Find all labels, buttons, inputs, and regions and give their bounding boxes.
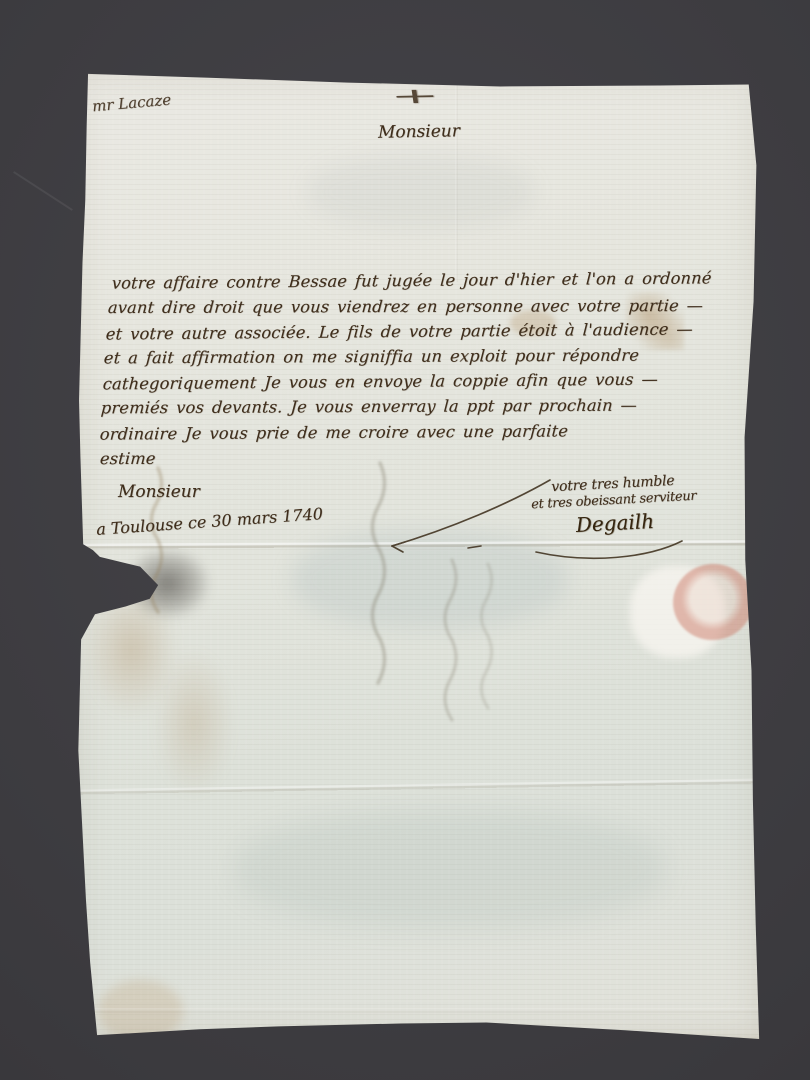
fold-crease bbox=[70, 1008, 764, 1015]
place-date-line: a Toulouse ce 30 mars 1740 bbox=[96, 504, 324, 539]
salutation: Monsieur bbox=[378, 121, 460, 142]
soot-stain bbox=[110, 536, 225, 631]
recipient-annotation: mr Lacaze bbox=[91, 91, 171, 116]
body-line: avant dire droit que vous viendrez en pe… bbox=[107, 296, 704, 317]
body-line: estime bbox=[99, 449, 156, 468]
body-line: et a fait affirmation on me signiffia un… bbox=[103, 346, 639, 368]
fold-crease-vertical bbox=[455, 70, 458, 282]
body-line: premiés vos devants. Je vous enverray la… bbox=[100, 396, 637, 418]
fold-crease bbox=[70, 540, 764, 551]
verso-bleedthrough-marks bbox=[70, 68, 764, 1040]
body-line: votre affaire contre Bessae fut jugée le… bbox=[111, 268, 712, 292]
bleedthrough-patch bbox=[292, 530, 567, 628]
body-line: ordinaire Je vous prie de me croire avec… bbox=[99, 421, 568, 443]
letter-paper: mr Lacaze + Monsieur votre affaire contr… bbox=[70, 68, 764, 1040]
body-line: et votre autre associée. Le fils de votr… bbox=[105, 319, 693, 343]
signature-flourish bbox=[70, 68, 764, 1040]
wax-seal bbox=[668, 559, 758, 645]
fold-crease bbox=[70, 779, 764, 797]
foxing-spot bbox=[98, 980, 183, 1042]
letter-photograph: mr Lacaze + Monsieur votre affaire contr… bbox=[0, 0, 810, 1080]
cross-mark: + bbox=[388, 84, 441, 109]
bleedthrough-patch bbox=[235, 810, 665, 928]
seal-pressed-paper bbox=[630, 566, 725, 658]
water-stain bbox=[82, 590, 247, 805]
background-scratch bbox=[13, 171, 73, 211]
closing-salutation: Monsieur bbox=[118, 482, 200, 502]
body-line: cathegoriquement Je vous en envoye la co… bbox=[102, 370, 658, 394]
signature-block: votre tres humble et tres obeissant serv… bbox=[501, 470, 728, 541]
bleedthrough-patch bbox=[308, 156, 533, 228]
